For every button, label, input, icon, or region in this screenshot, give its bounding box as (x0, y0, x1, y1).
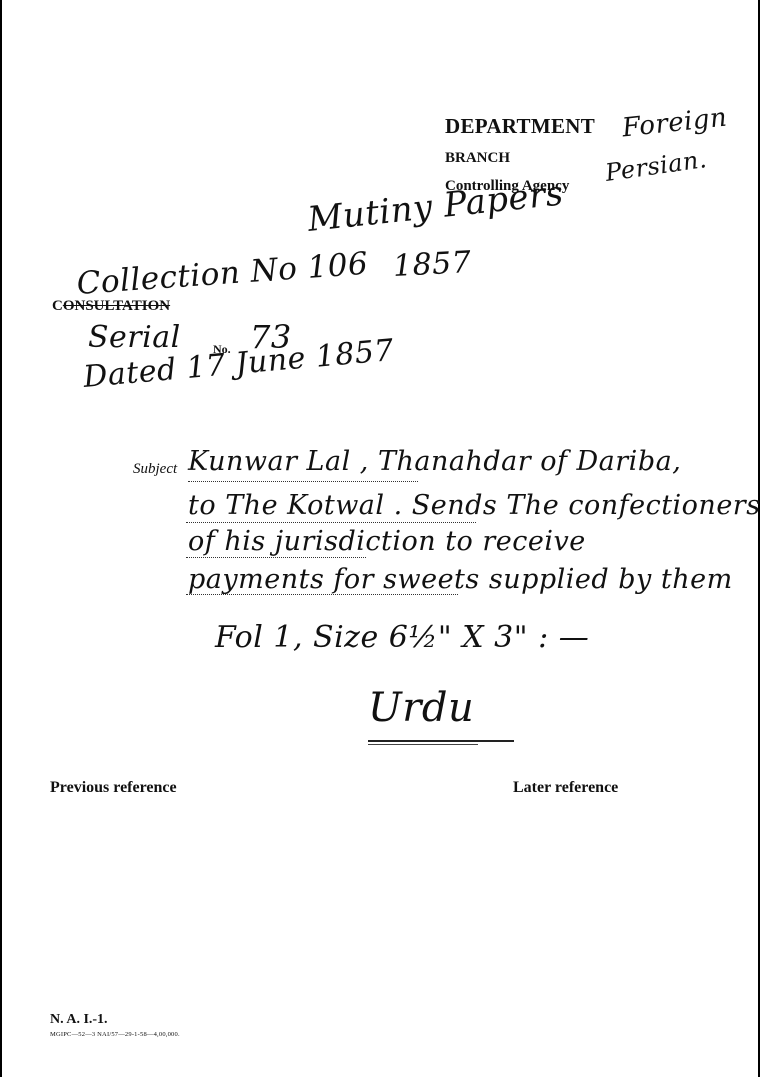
subject-line-4: payments for sweets supplied by them (188, 564, 733, 595)
language: Urdu (368, 685, 474, 731)
document-page: DEPARTMENT Foreign BRANCH Persian. Contr… (0, 0, 763, 1077)
consultation-label: CONSULTATION (52, 298, 170, 315)
branch-label: BRANCH (445, 150, 510, 167)
collection-year: 1857 (392, 245, 472, 284)
consultation-label-rest: ONSULTATION (63, 298, 170, 314)
serial-handwritten-label: Serial (88, 320, 181, 355)
subject-dotted-line-3 (186, 557, 366, 558)
page-border-left (0, 0, 2, 1077)
printer-imprint: MGIPC—52—3 NAI/57—29-1-58—4,00,000. (50, 1031, 180, 1038)
previous-reference-label: Previous reference (50, 779, 177, 797)
later-reference-label: Later reference (513, 779, 618, 797)
department-value: Foreign (621, 103, 729, 144)
collection-number: Collection No 106 (75, 246, 369, 302)
controlling-agency-value: Mutiny Papers (306, 173, 566, 240)
page-border-right (758, 0, 760, 1077)
department-label: DEPARTMENT (445, 114, 595, 139)
consultation-label-first: C (52, 298, 63, 314)
language-underline (368, 740, 514, 742)
folio-size: Fol 1, Size 6½" X 3" : — (215, 620, 589, 655)
subject-dotted-line-2 (186, 522, 476, 523)
form-code: N. A. I.-1. (50, 1012, 108, 1028)
subject-line-2: to The Kotwal . Sends The confectioners (188, 490, 761, 521)
branch-value: Persian. (604, 145, 709, 187)
subject-line-1: Kunwar Lal , Thanahdar of Dariba, (188, 446, 681, 477)
subject-line-3: of his jurisdiction to receive (188, 526, 586, 557)
subject-label: Subject (133, 461, 177, 478)
subject-dotted-line-1 (188, 481, 418, 482)
language-underline-secondary (368, 744, 478, 745)
